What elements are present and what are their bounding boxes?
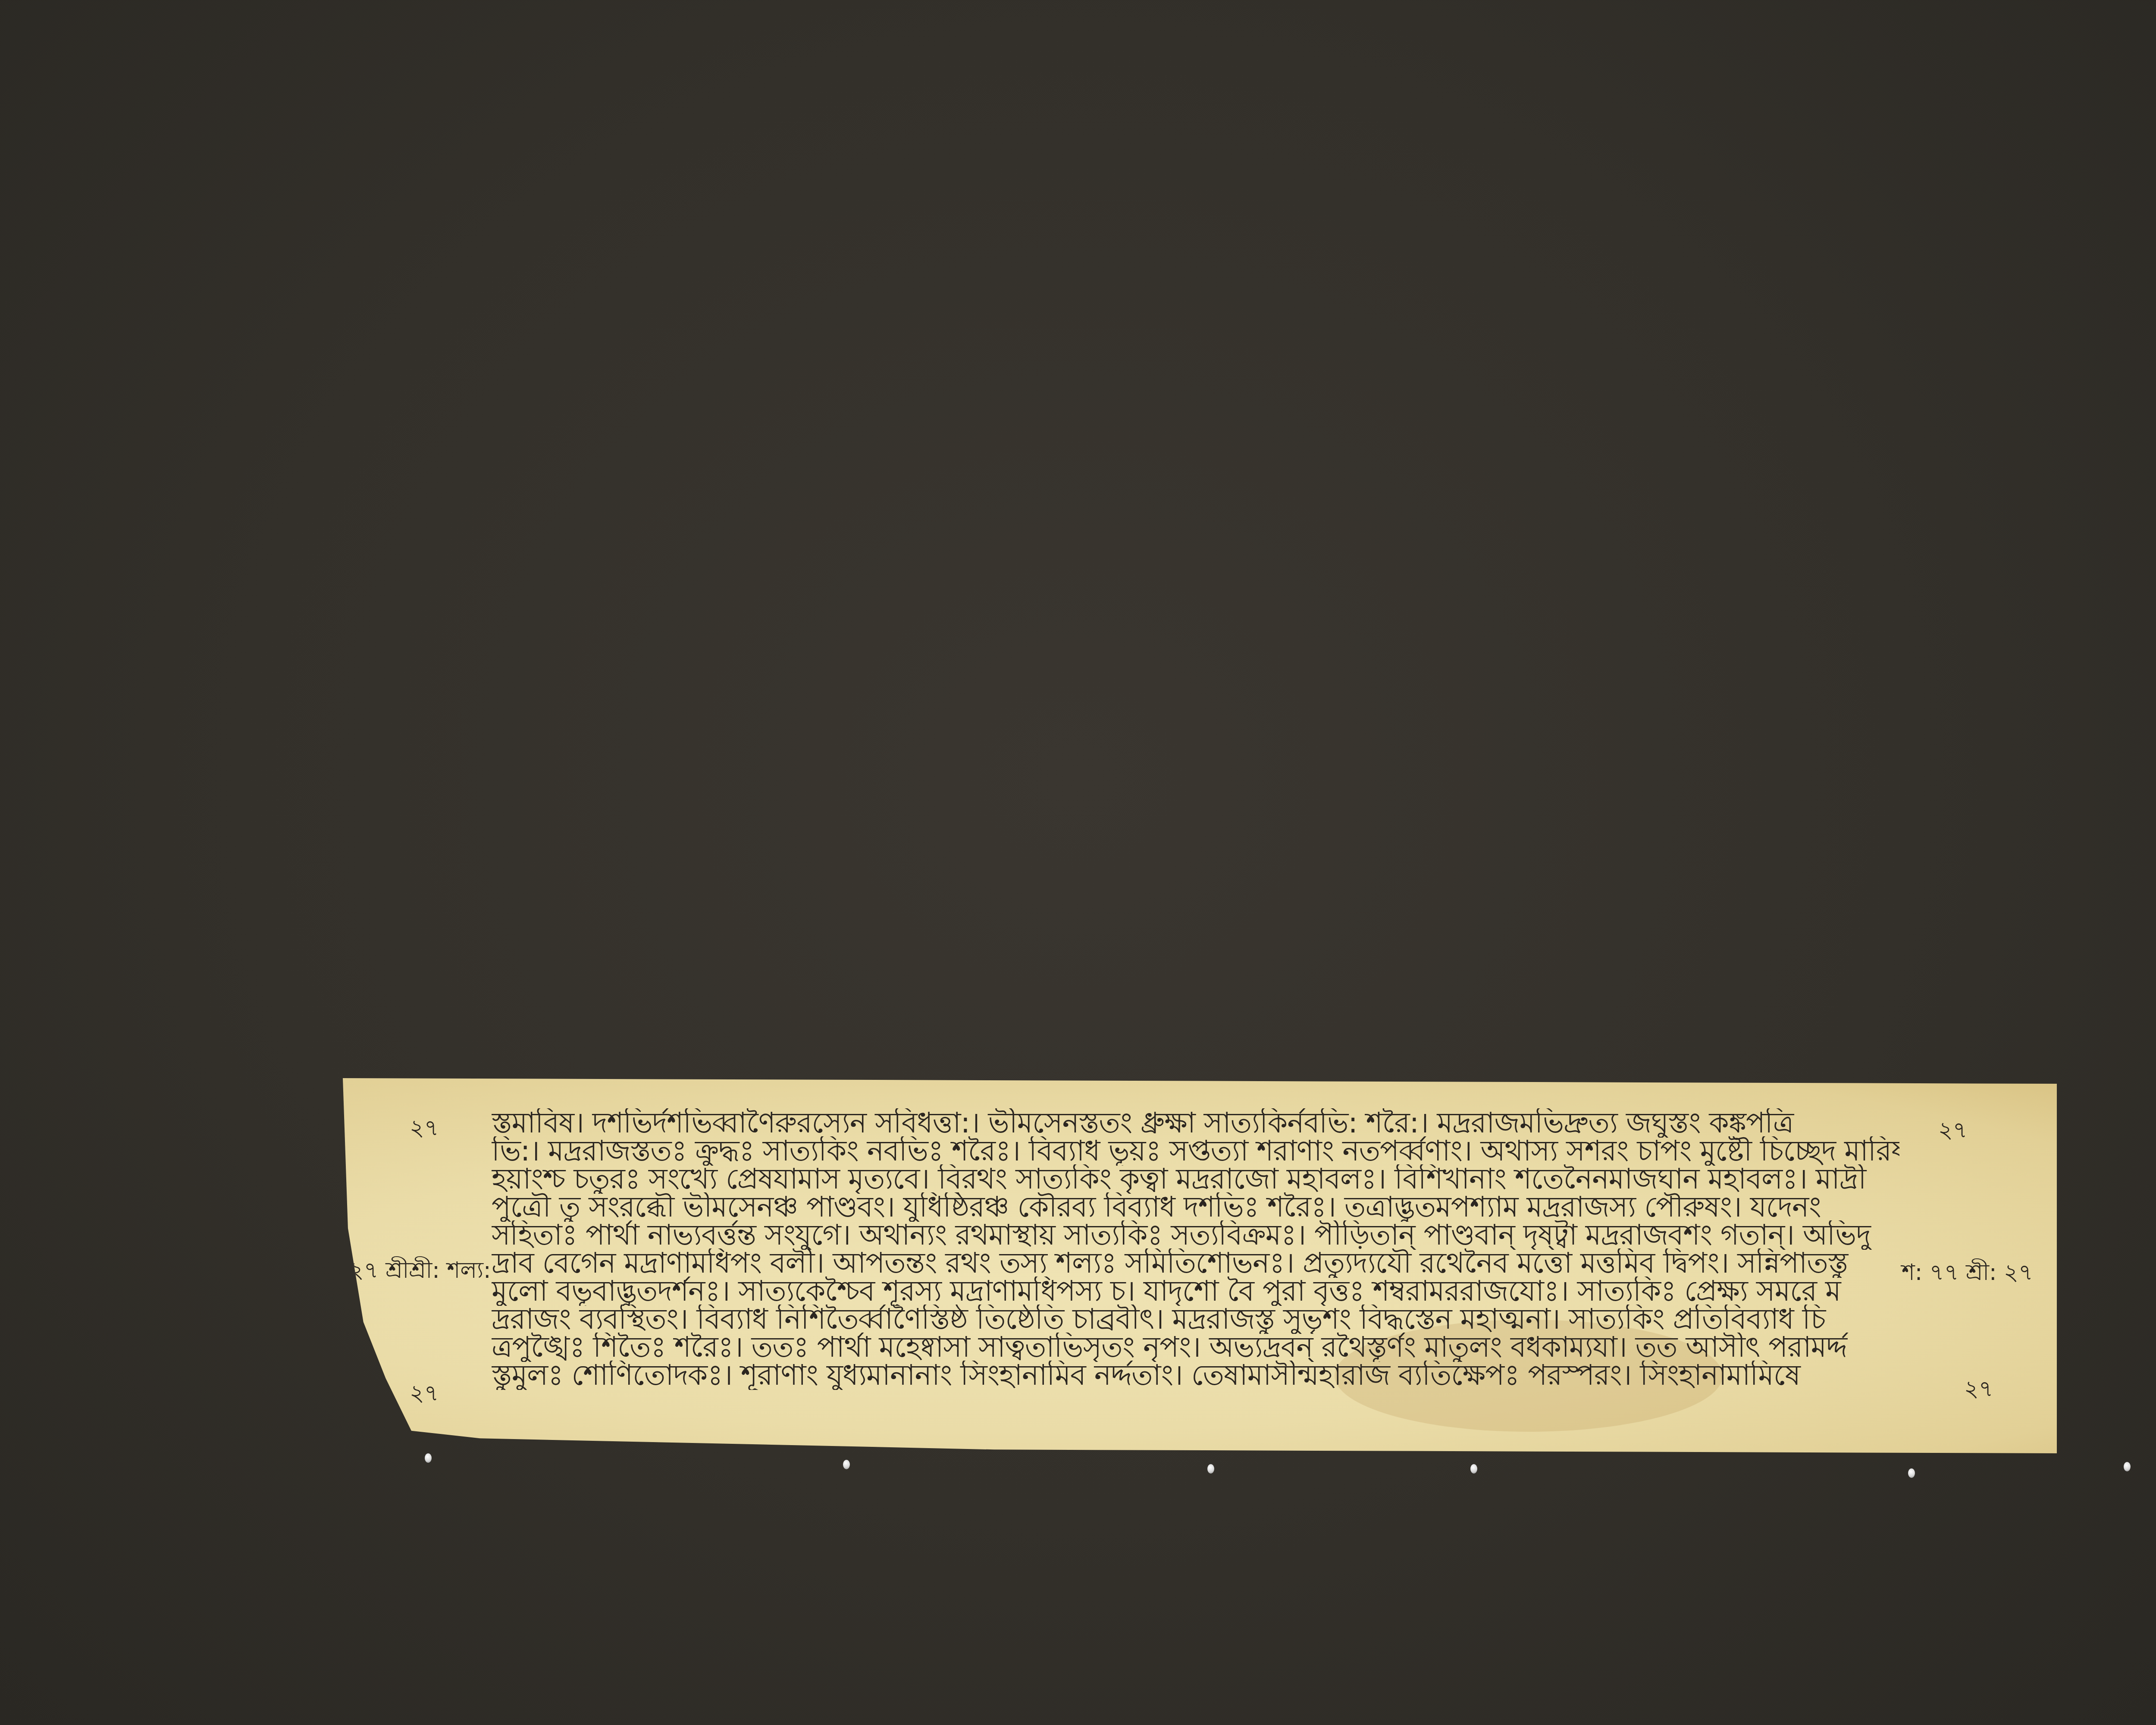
- left-margin-folio-number-bottom: ২৭: [410, 1376, 439, 1413]
- mounting-pin: [843, 1460, 850, 1469]
- text-line-2: ভি:। মদ্ররাজস্ততঃ ক্রুদ্ধঃ সাত্যকিং নবভি…: [492, 1136, 1899, 1166]
- manuscript-folio: ২৭ ২৭ শ্রীশ্রী: শল্য: ২৭ ২৭ শ: ৭৭ শ্রী: …: [343, 1078, 2057, 1453]
- mounting-pin: [1908, 1468, 1915, 1478]
- text-line-8: দ্ররাজং ব্যবস্থিতং। বিব্যাধ নিশিতৈর্ব্বা…: [492, 1305, 1899, 1334]
- text-line-1: স্তমাবিষ। দশভির্দশভিব্বাণৈরুরস্যেন সবিধত…: [492, 1108, 1899, 1138]
- mounting-pin: [1207, 1464, 1214, 1474]
- text-line-4: পুত্রৌ তু সংরব্ধৌ ভীমসেনঞ্চ পাণ্ডবং। যুধ…: [492, 1192, 1899, 1222]
- mounting-pin: [425, 1453, 432, 1463]
- text-line-6: দ্রাব বেগেন মদ্রাণামধিপং বলী। আপতন্তং রথ…: [492, 1248, 1899, 1278]
- text-line-5: সহিতাঃ পার্থা নাভ্যবর্ত্তন্ত সংযুগে। অথা…: [492, 1220, 1899, 1250]
- text-line-10: স্তুমুলঃ শোণিতোদকঃ। শূরাণাং যুধ্যমানানাং…: [492, 1361, 1899, 1390]
- mounting-pin: [1470, 1464, 1477, 1474]
- left-margin-title-label: ২৭ শ্রীশ্রী: শল্য:: [349, 1253, 491, 1290]
- right-margin-folio-number-top: ২৭: [1938, 1113, 1968, 1150]
- text-line-9: ত্রপুঙ্খৈঃ শিতৈঃ শরৈঃ। ততঃ পার্থা মহেষ্ব…: [492, 1333, 1899, 1362]
- left-margin-folio-number-top: ২৭: [410, 1110, 439, 1148]
- right-margin-title-label: শ: ৭৭ শ্রী: ২৭: [1902, 1255, 2033, 1292]
- right-margin-folio-number-bottom: ২৭: [1964, 1371, 1993, 1409]
- mounting-pin: [2124, 1462, 2131, 1471]
- text-line-7: মুলো বভূবাদ্ভুতদর্শনঃ। সাত্যকেশ্চৈব শূরস…: [492, 1276, 1899, 1306]
- text-line-3: হয়াংশ্চ চতুরঃ সংখ্যে প্রেষযামাস মৃত্যবে…: [492, 1164, 1899, 1194]
